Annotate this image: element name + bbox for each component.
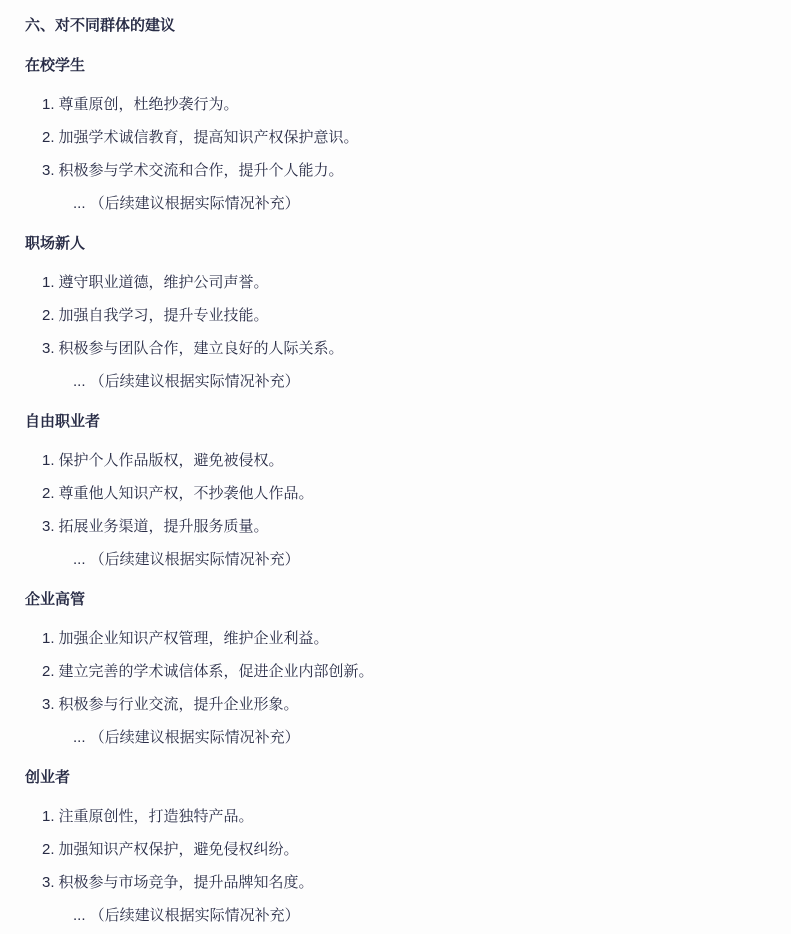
list-item-text: 加强自我学习，提升专业技能。 [59,306,766,326]
list-item: 1. 加强企业知识产权管理，维护企业利益。 [42,629,766,649]
list-item: 3. 积极参与市场竞争，提升品牌知名度。 [42,873,766,893]
list-item-number: 1. [42,451,55,471]
list-item: 2. 加强学术诚信教育，提高知识产权保护意识。 [42,128,766,148]
list-item-number: 3. [42,339,55,359]
list-item-text: 拓展业务渠道，提升服务质量。 [59,517,766,537]
list-item-text: 积极参与行业交流，提升企业形象。 [59,695,766,715]
list-item-number: 2. [42,840,55,860]
list-item-text: 注重原创性，打造独特产品。 [59,807,766,827]
section-footnote: ... （后续建议根据实际情况补充） [42,550,766,570]
section-heading-students: 在校学生 [25,56,766,76]
list-item: 2. 加强知识产权保护，避免侵权纠纷。 [42,840,766,860]
list-item: 1. 注重原创性，打造独特产品。 [42,807,766,827]
ordered-list: 1. 遵守职业道德，维护公司声誉。 2. 加强自我学习，提升专业技能。 3. 积… [25,273,766,392]
list-item-text: 尊重他人知识产权，不抄袭他人作品。 [59,484,766,504]
list-item-number: 2. [42,662,55,682]
ordered-list: 1. 保护个人作品版权，避免被侵权。 2. 尊重他人知识产权，不抄袭他人作品。 … [25,451,766,570]
page-title: 六、对不同群体的建议 [25,16,766,36]
list-item-number: 1. [42,95,55,115]
section-footnote: ... （后续建议根据实际情况补充） [42,906,766,926]
list-item: 1. 尊重原创，杜绝抄袭行为。 [42,95,766,115]
list-item-text: 积极参与团队合作，建立良好的人际关系。 [59,339,766,359]
list-item: 2. 建立完善的学术诚信体系，促进企业内部创新。 [42,662,766,682]
list-item-number: 1. [42,807,55,827]
list-item-number: 3. [42,517,55,537]
list-item-text: 加强学术诚信教育，提高知识产权保护意识。 [59,128,766,148]
list-item-text: 加强企业知识产权管理，维护企业利益。 [59,629,766,649]
list-item-text: 积极参与市场竞争，提升品牌知名度。 [59,873,766,893]
list-item: 1. 遵守职业道德，维护公司声誉。 [42,273,766,293]
list-item-text: 加强知识产权保护，避免侵权纠纷。 [59,840,766,860]
list-item-number: 2. [42,306,55,326]
list-item: 3. 积极参与学术交流和合作，提升个人能力。 [42,161,766,181]
section-footnote: ... （后续建议根据实际情况补充） [42,372,766,392]
list-item-text: 保护个人作品版权，避免被侵权。 [59,451,766,471]
list-item-number: 3. [42,873,55,893]
list-item: 2. 加强自我学习，提升专业技能。 [42,306,766,326]
list-item-text: 积极参与学术交流和合作，提升个人能力。 [59,161,766,181]
ordered-list: 1. 尊重原创，杜绝抄袭行为。 2. 加强学术诚信教育，提高知识产权保护意识。 … [25,95,766,214]
ordered-list: 1. 加强企业知识产权管理，维护企业利益。 2. 建立完善的学术诚信体系，促进企… [25,629,766,748]
list-item-number: 2. [42,128,55,148]
list-item-number: 3. [42,695,55,715]
section-heading-entrepreneurs: 创业者 [25,768,766,788]
list-item-number: 3. [42,161,55,181]
list-item-number: 1. [42,629,55,649]
ordered-list: 1. 注重原创性，打造独特产品。 2. 加强知识产权保护，避免侵权纠纷。 3. … [25,807,766,926]
document-body: 六、对不同群体的建议 在校学生 1. 尊重原创，杜绝抄袭行为。 2. 加强学术诚… [0,0,791,926]
list-item-number: 2. [42,484,55,504]
list-item: 2. 尊重他人知识产权，不抄袭他人作品。 [42,484,766,504]
list-item: 3. 拓展业务渠道，提升服务质量。 [42,517,766,537]
list-item: 1. 保护个人作品版权，避免被侵权。 [42,451,766,471]
list-item: 3. 积极参与行业交流，提升企业形象。 [42,695,766,715]
section-footnote: ... （后续建议根据实际情况补充） [42,194,766,214]
list-item: 3. 积极参与团队合作，建立良好的人际关系。 [42,339,766,359]
list-item-text: 建立完善的学术诚信体系，促进企业内部创新。 [59,662,766,682]
section-heading-new-employees: 职场新人 [25,234,766,254]
list-item-number: 1. [42,273,55,293]
list-item-text: 遵守职业道德，维护公司声誉。 [59,273,766,293]
section-heading-executives: 企业高管 [25,590,766,610]
section-footnote: ... （后续建议根据实际情况补充） [42,728,766,748]
section-heading-freelancers: 自由职业者 [25,412,766,432]
list-item-text: 尊重原创，杜绝抄袭行为。 [59,95,766,115]
